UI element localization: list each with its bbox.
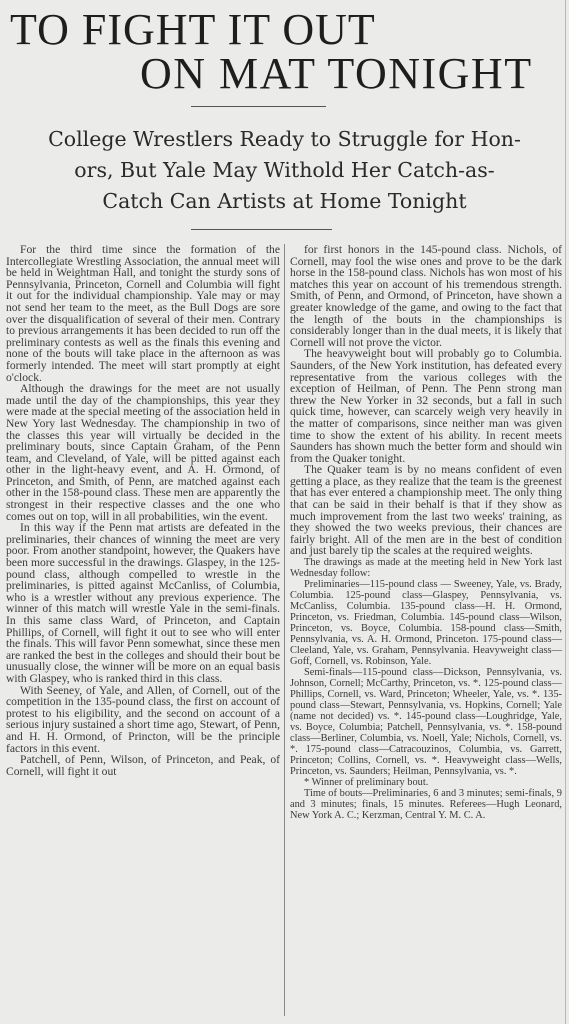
drawings-preliminaries: Preliminaries—115-pound class — Sweeney,… [290,579,562,667]
paragraph: Patchell, of Penn, Wilson, of Princeton,… [6,754,280,777]
subheadline-deck: College Wrestlers Ready to Struggle for … [0,124,569,217]
paragraph: Although the drawings for the meet are n… [6,383,280,522]
drawings-footnote: * Winner of preliminary bout. [290,777,562,788]
paragraph: for first honors in the 145-pound class.… [290,244,562,348]
paragraph: For the third time since the formation o… [6,244,280,383]
drawings-intro: The drawings as made at the meeting held… [290,557,562,579]
paragraph: In this way if the Penn mat artists are … [6,522,280,684]
deck-line: Catch Can Artists at Home Tonight [0,186,569,217]
column-divider [284,244,285,1016]
headline-line-1: TO FIGHT IT OUT [10,8,376,52]
deck-line: ors, But Yale May Withold Her Catch-as- [0,155,569,186]
article-right-column: for first honors in the 145-pound class.… [290,244,562,821]
paragraph: With Seeney, of Yale, and Allen, of Corn… [6,685,280,755]
deck-rule [191,229,332,230]
newspaper-clipping: TO FIGHT IT OUT ON MAT TONIGHT College W… [0,0,569,1024]
drawings-semi-finals: Semi-finals—115-pound class—Dickson, Pen… [290,667,562,777]
headline-rule [191,106,326,107]
page-edge [565,0,566,1024]
deck-line: College Wrestlers Ready to Struggle for … [0,124,569,155]
article-left-column: For the third time since the formation o… [6,244,280,777]
paragraph: The heavyweight bout will probably go to… [290,348,562,464]
drawings-times-referees: Time of bouts—Preliminaries, 6 and 3 min… [290,788,562,821]
paragraph: The Quaker team is by no means confident… [290,464,562,557]
headline-line-2: ON MAT TONIGHT [140,52,533,96]
